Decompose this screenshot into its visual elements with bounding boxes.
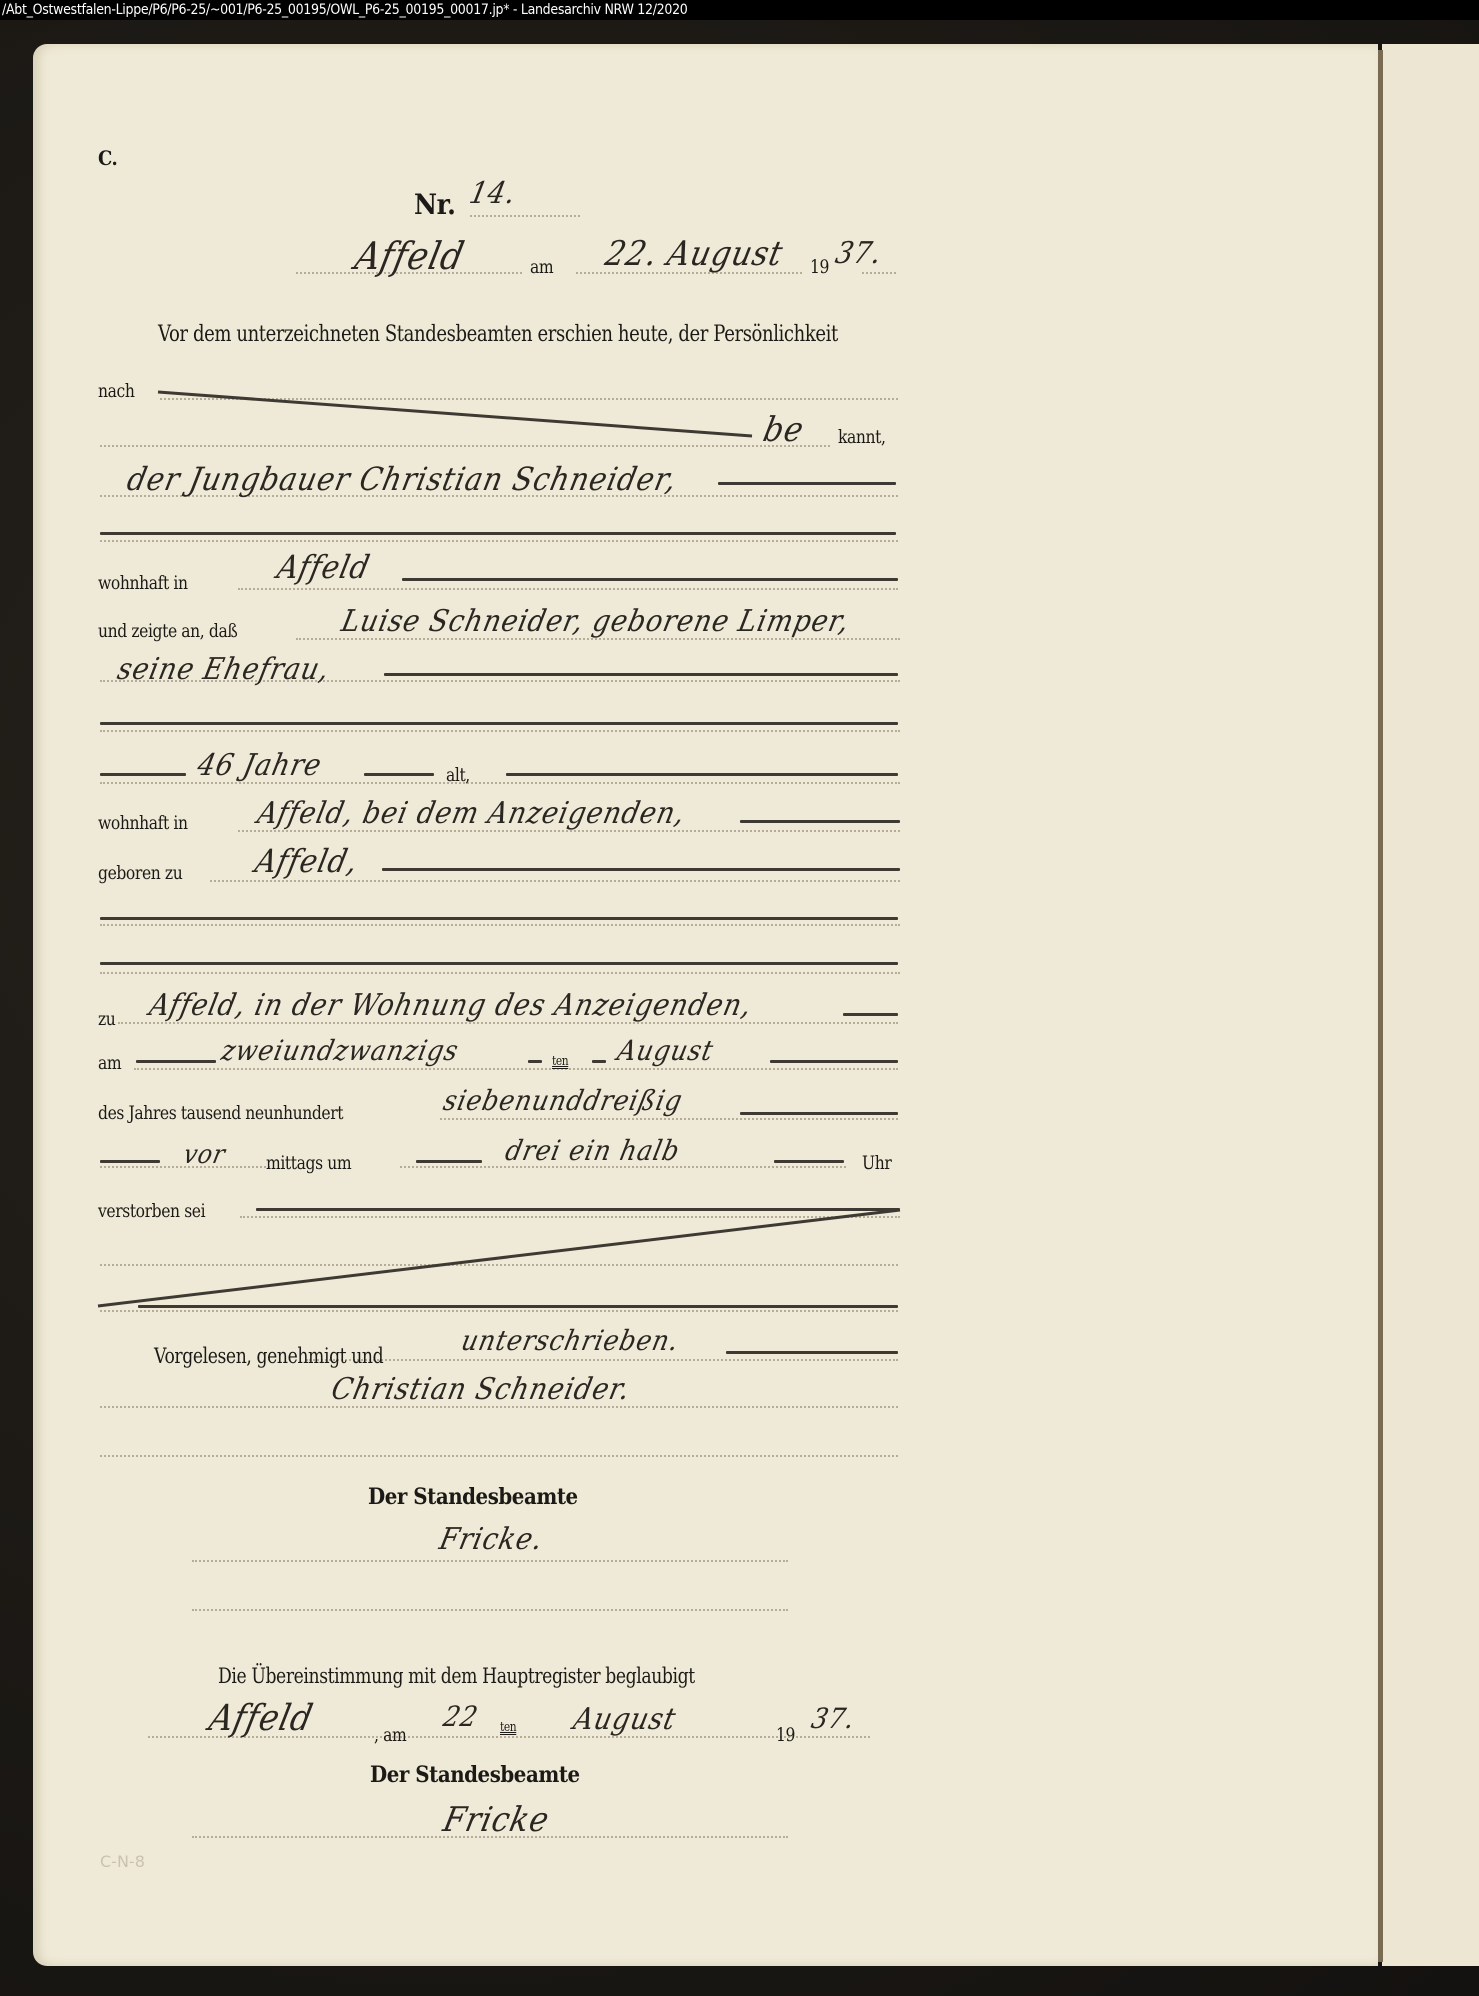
informant-residence: Affeld [274, 548, 374, 586]
death-time: drei ein halb [502, 1134, 683, 1167]
certification-text: Die Übereinstimmung mit dem Hauptregiste… [218, 1664, 695, 1688]
deceased-residence-label: wohnhaft in [98, 812, 188, 834]
born-label: geboren zu [98, 862, 182, 884]
number-label: Nr. [414, 188, 455, 221]
cert-month: August [570, 1702, 679, 1737]
informant-residence-label: wohnhaft in [98, 572, 188, 594]
death-place: Affeld, in der Wohnung des Anzeigenden, [146, 988, 755, 1023]
zu-label: zu [98, 1008, 115, 1030]
death-year-words: siebenunddreißig [440, 1084, 685, 1117]
bekannt-suffix: kannt, [838, 426, 886, 448]
nach-label: nach [98, 380, 134, 402]
intro-text: Vor dem unterzeichneten Standesbeamten e… [158, 322, 838, 347]
cert-registrar-title: Der Standesbeamte [370, 1762, 580, 1788]
cert-place: Affeld [206, 1698, 317, 1739]
registrar-signature: Fricke. [436, 1522, 546, 1557]
record-place: Affeld [351, 234, 468, 278]
informant-name: der Jungbauer Christian Schneider, [124, 460, 681, 498]
footer-print-mark: C-N-8 [100, 1852, 145, 1871]
mittags-label: mittags um [266, 1152, 351, 1174]
number-value: 14. [466, 176, 519, 211]
death-day: zweiundzwanzigs [218, 1034, 461, 1067]
cert-year-suffix: 37. [808, 1702, 858, 1735]
uhr-label: Uhr [862, 1152, 891, 1174]
registrar-title: Der Standesbeamte [368, 1484, 578, 1510]
deceased-name: Luise Schneider, geborene Limper, [338, 604, 852, 639]
deceased-residence: Affeld, bei dem Anzeigenden, [254, 796, 688, 831]
deceased-age: 46 Jahre [194, 748, 325, 783]
am-label: am [530, 256, 553, 278]
cert-day: 22 [440, 1700, 481, 1733]
born-place: Affeld, [252, 842, 362, 880]
year-prefix: 19 [810, 256, 829, 278]
verstorben-label: verstorben sei [98, 1200, 205, 1222]
cert-registrar-signature: Fricke [440, 1800, 553, 1840]
death-am-label: am [98, 1052, 121, 1074]
informant-signature: Christian Schneider. [328, 1372, 633, 1407]
read-approved-value: unterschrieben. [458, 1324, 682, 1357]
deceased-relation: seine Ehefrau, [114, 652, 333, 687]
read-approved-label: Vorgelesen, genehmigt und [154, 1344, 383, 1368]
death-month: August [614, 1034, 716, 1067]
year-suffix: 37. [832, 236, 885, 271]
record-date: 22. August [602, 234, 787, 274]
vor-value: vor [181, 1140, 229, 1170]
age-label: alt, [446, 764, 470, 786]
cert-am-label: , am [374, 1724, 406, 1746]
reported-label: und zeigte an, daß [98, 620, 237, 642]
form-letter: C. [98, 146, 117, 170]
cert-year-prefix: 19 [776, 1724, 795, 1746]
year-words-label: des Jahres tausend neunhundert [98, 1102, 343, 1124]
ten-label: ten [552, 1054, 568, 1069]
cert-ten-label: ten [500, 1720, 516, 1735]
